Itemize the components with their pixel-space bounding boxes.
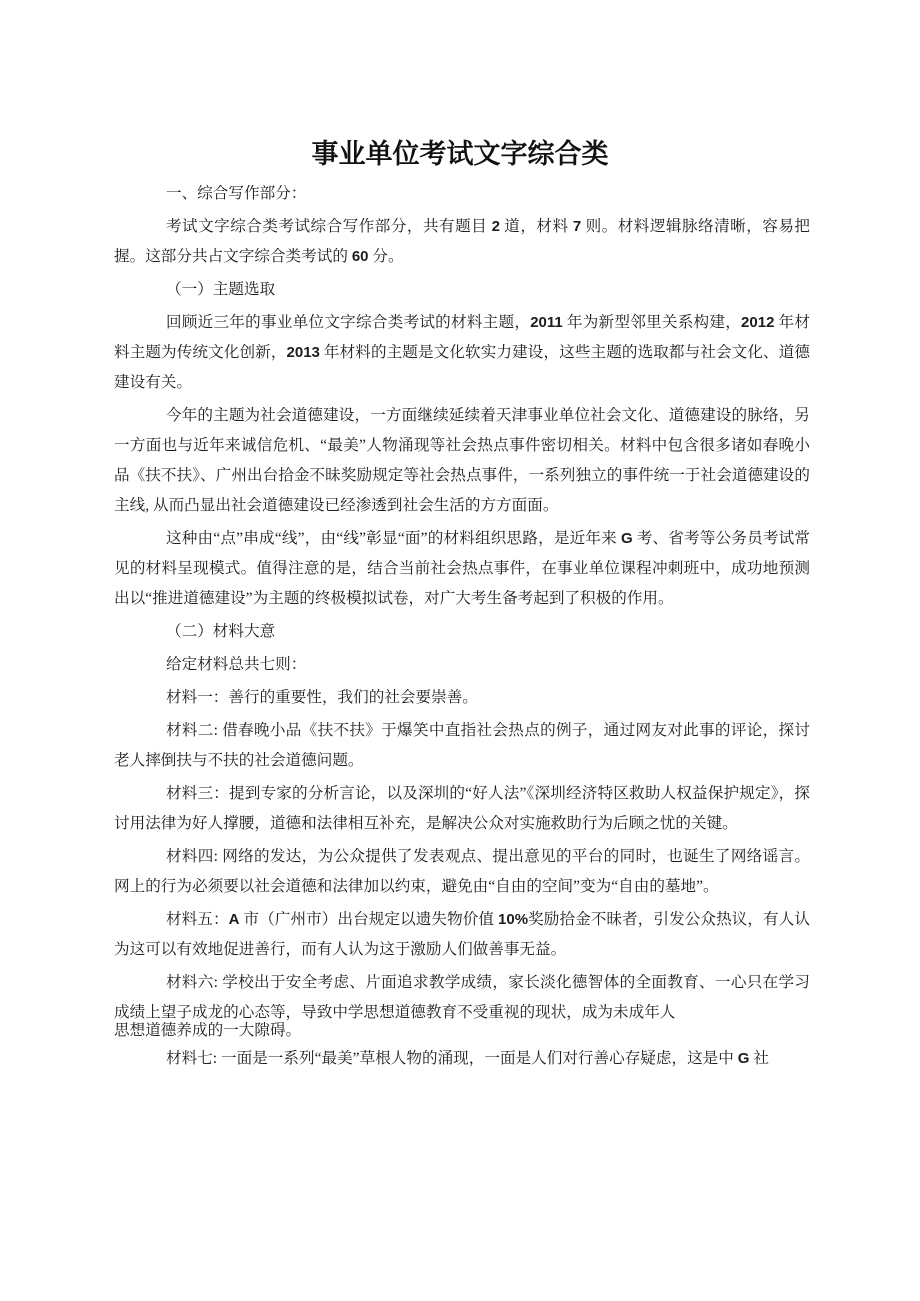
intro-paragraph: 考试文字综合类考试综合写作部分，共有题目 2 道，材料 7 则。材料逻辑脉络清晰… xyxy=(114,212,810,272)
material-1: 材料一：善行的重要性，我们的社会要崇善。 xyxy=(114,683,810,713)
subsection-heading-2: （二）材料大意 xyxy=(114,617,810,647)
latin-text: 2011 xyxy=(530,314,563,331)
latin-text: G xyxy=(738,1050,750,1067)
latin-text: 60 xyxy=(352,248,369,265)
section-heading-1: 一、综合写作部分： xyxy=(114,179,810,209)
latin-text: 2012 xyxy=(741,314,774,331)
latin-text: 10% xyxy=(498,911,528,928)
latin-text: G xyxy=(621,530,633,547)
latin-text: 2 xyxy=(492,218,500,235)
document-page: 事业单位考试文字综合类 一、综合写作部分：考试文字综合类考试综合写作部分，共有题… xyxy=(0,0,920,1301)
material-2: 材料二: 借春晚小品《扶不扶》于爆笑中直指社会热点的例子，通过网友对此事的评论，… xyxy=(114,716,810,776)
material-pattern-paragraph: 这种由“点”串成“线”，由“线”彰显“面”的材料组织思路，是近年来 G 考、省考… xyxy=(114,524,810,614)
current-theme-paragraph: 今年的主题为社会道德建设，一方面继续延续着天津事业单位社会文化、道德建设的脉络，… xyxy=(114,401,810,521)
latin-text: A xyxy=(229,911,240,928)
material-4: 材料四: 网络的发达，为公众提供了发表观点、提出意见的平台的同时，也诞生了网络谣… xyxy=(114,842,810,902)
theme-review-paragraph: 回顾近三年的事业单位文字综合类考试的材料主题，2011 年为新型邻里关系构建，2… xyxy=(114,308,810,398)
material-6: 材料六: 学校出于安全考虑、片面追求教学成绩，家长淡化德智体的全面教育、一心只在… xyxy=(114,968,810,1028)
latin-text: 7 xyxy=(573,218,581,235)
materials-intro: 给定材料总共七则： xyxy=(114,650,810,680)
document-title: 事业单位考试文字综合类 xyxy=(0,138,920,170)
material-7: 材料七: 一面是一系列“最美”草根人物的涌现，一面是人们对行善心存疑虑，这是中 … xyxy=(114,1044,810,1074)
material-5: 材料五：A 市（广州市）出台规定以遗失物价值 10%奖励拾金不昧者，引发公众热议… xyxy=(114,905,810,965)
document-body: 一、综合写作部分：考试文字综合类考试综合写作部分，共有题目 2 道，材料 7 则… xyxy=(114,179,810,1077)
material-3: 材料三：提到专家的分析言论，以及深圳的“好人法”《深圳经济特区救助人权益保护规定… xyxy=(114,779,810,839)
latin-text: 2013 xyxy=(287,344,320,361)
subsection-heading-1: （一）主题选取 xyxy=(114,275,810,305)
